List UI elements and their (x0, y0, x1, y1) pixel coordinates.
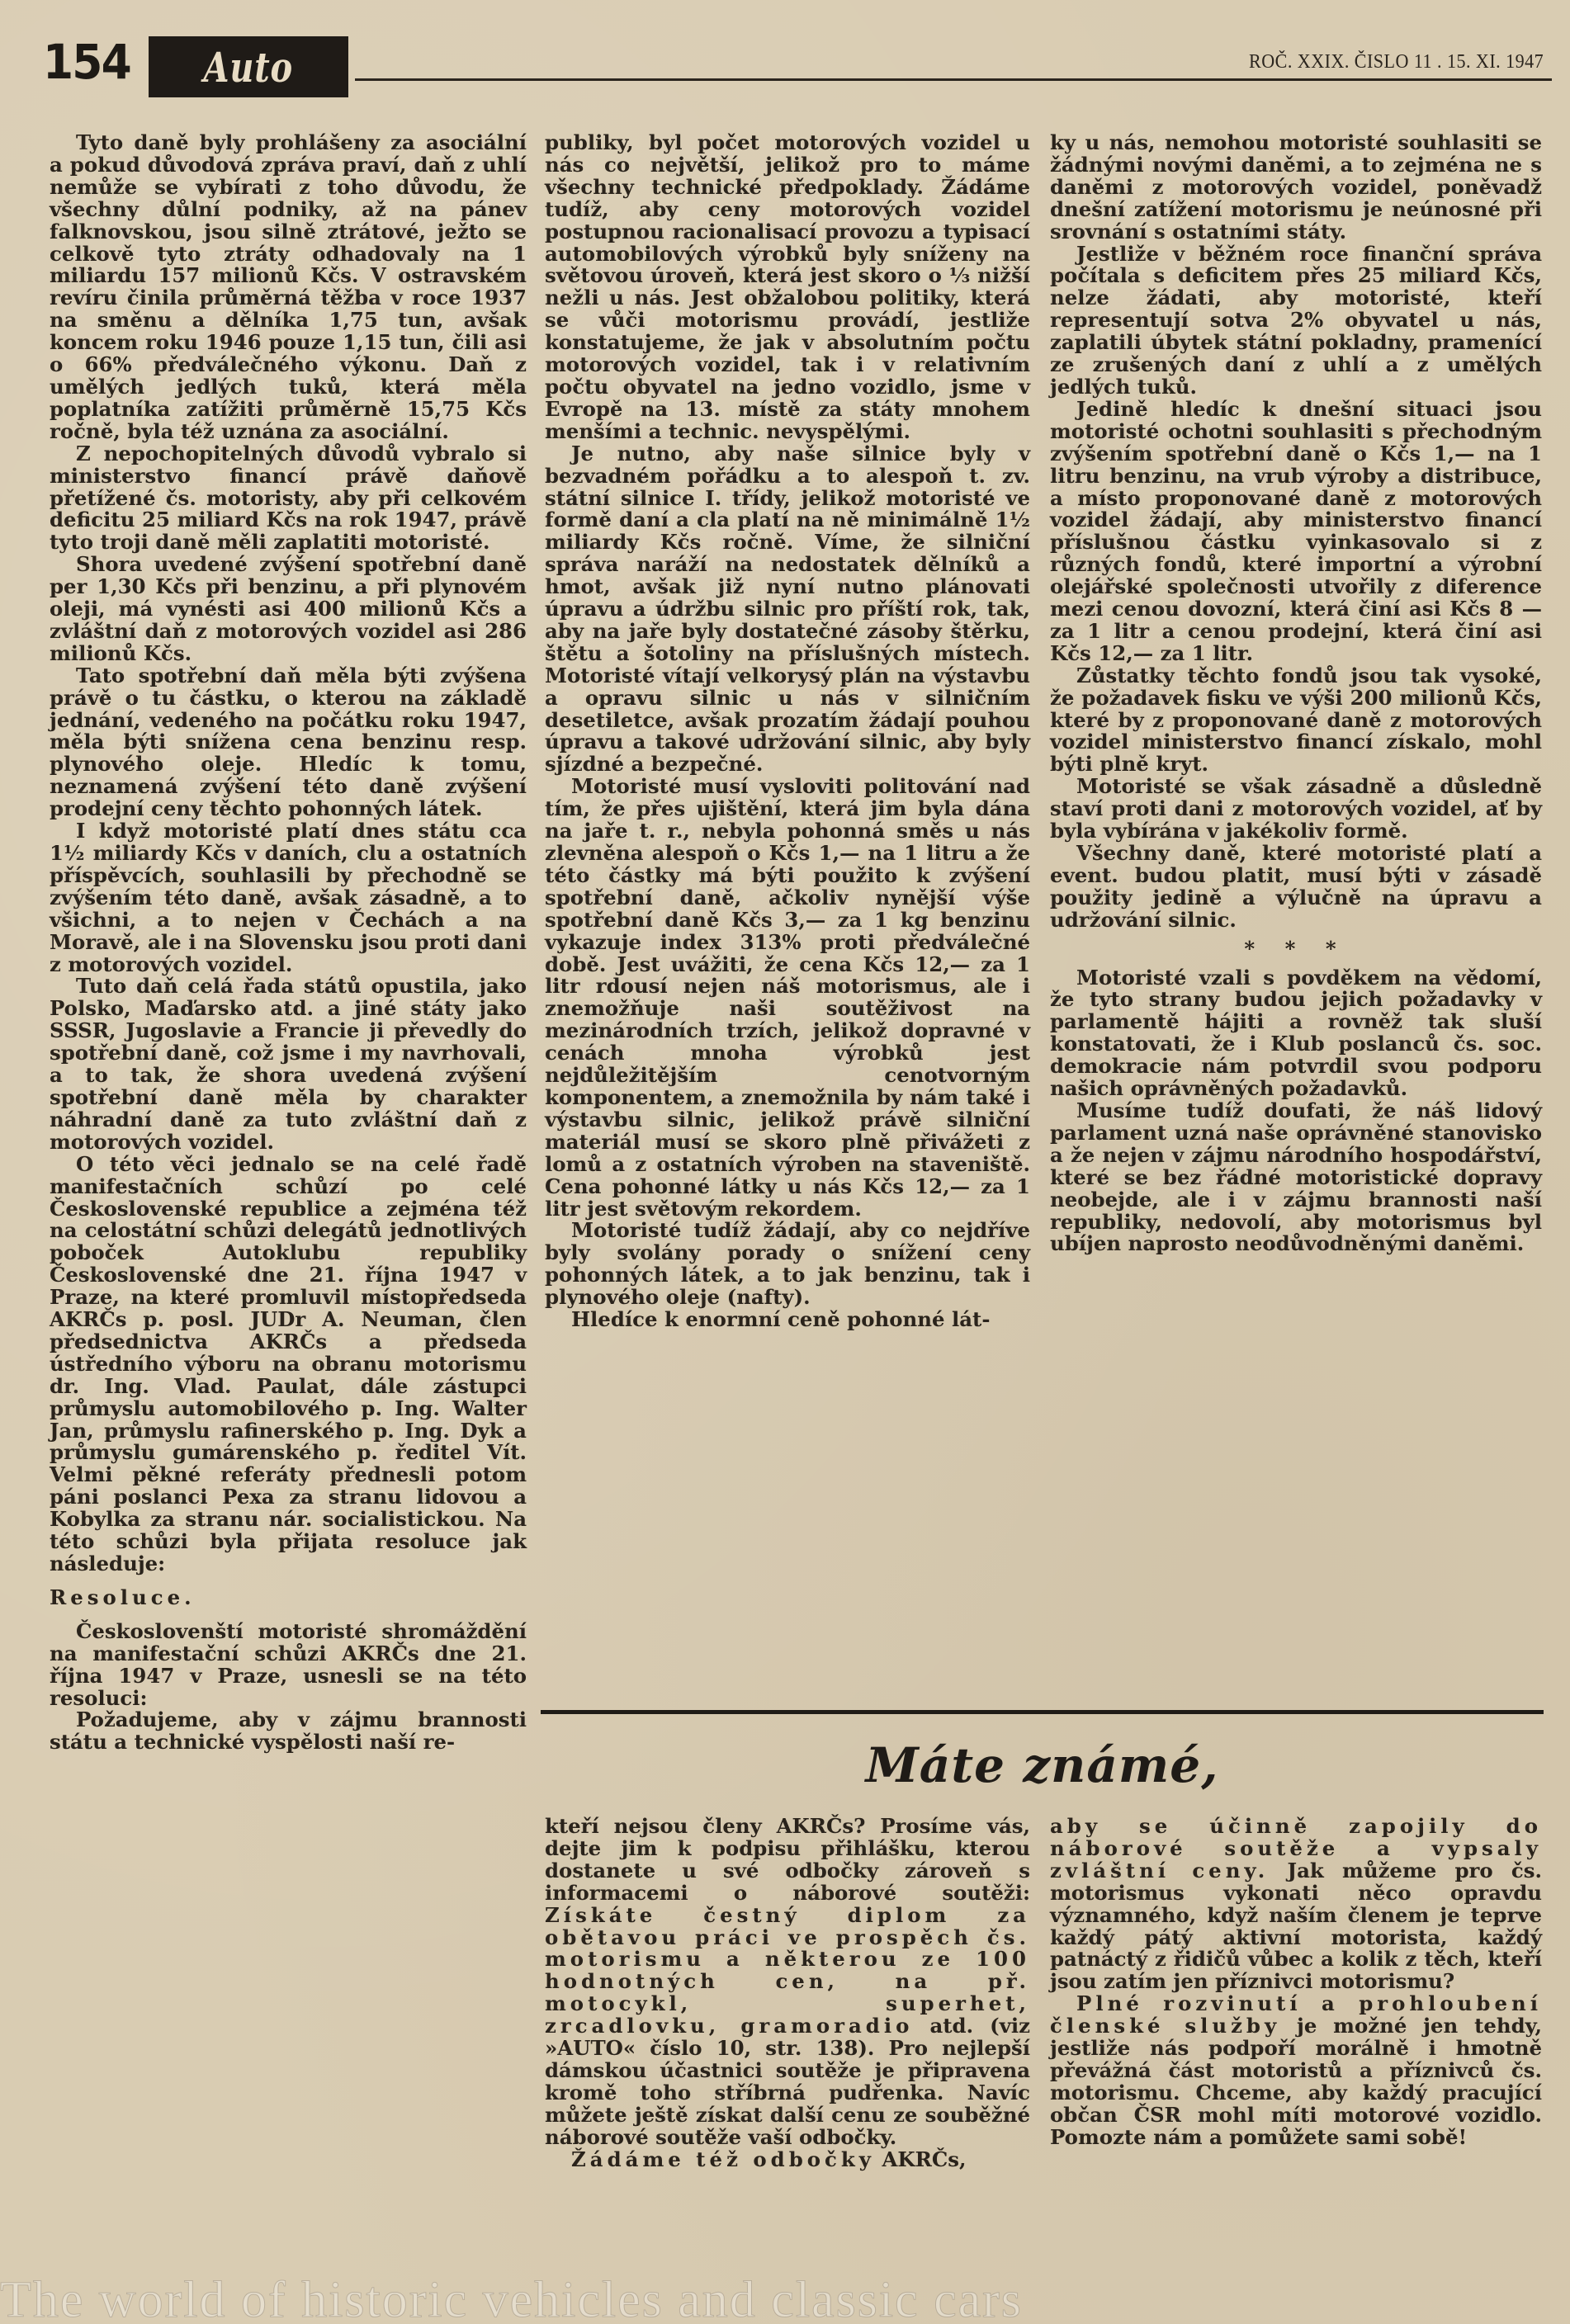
box-column-left: kteří nejsou členy AKRČs? Prosíme vás, d… (545, 1816, 1030, 2171)
resolution-title: Resoluce. (50, 1587, 527, 1609)
paragraph: O této věci jednalo se na celé řadě mani… (50, 1154, 527, 1575)
paragraph: aby se účinně zapojily do náborové soutě… (1050, 1816, 1542, 1993)
text-run: AKRČs, (882, 2147, 966, 2171)
paragraph: Motoristé tudíž žádají, aby co nejdříve … (545, 1220, 1030, 1309)
spaced-text-run: Žádáme též odbočky (571, 2147, 875, 2171)
section-separator: * * * (1050, 938, 1542, 961)
paragraph: Všechny daně, které motoristé platí a ev… (1050, 843, 1542, 932)
column-2: publiky, byl počet motorových vozidel u … (545, 132, 1030, 1331)
paragraph: Tyto daně byly prohlášeny za asociální a… (50, 132, 527, 443)
magazine-logo: Auto (149, 36, 348, 97)
watermark: The world of historic vehicles and class… (0, 2271, 1570, 2324)
paragraph: Tuto daň celá řada států opustila, jako … (50, 975, 527, 1153)
paragraph: Musíme tudíž doufati, že náš lidový parl… (1050, 1100, 1542, 1255)
logo-text: Auto (204, 43, 293, 92)
paragraph: Motoristé vzali s povděkem na vědomí, že… (1050, 967, 1542, 1100)
section-divider (541, 1710, 1544, 1714)
page-number: 154 (43, 38, 130, 86)
paragraph: Hledíce k enormní ceně pohonné lát- (545, 1309, 1030, 1331)
paragraph: I když motoristé platí dnes státu cca 1½… (50, 820, 527, 975)
paragraph: Českoslovenští motoristé shromáždění na … (50, 1621, 527, 1710)
paragraph: Tato spotřební daň měla býti zvýšena prá… (50, 665, 527, 820)
paragraph: Je nutno, aby naše silnice byly v bezvad… (545, 443, 1030, 777)
paragraph: Požadujeme, aby v zájmu brannosti státu … (50, 1709, 527, 1754)
paragraph: ky u nás, nemohou motoristé souhlasiti s… (1050, 132, 1542, 243)
paragraph: Žádáme též odbočky AKRČs, (545, 2149, 1030, 2171)
paragraph: Jedině hledíc k dnešní situaci jsou moto… (1050, 399, 1542, 665)
column-1: Tyto daně byly prohlášeny za asociální a… (50, 132, 527, 1754)
paragraph: publiky, byl počet motorových vozidel u … (545, 132, 1030, 443)
paragraph: Z nepochopitelných důvodů vybralo si min… (50, 443, 527, 555)
text-run: kteří nejsou členy AKRČs? Prosíme vás, d… (545, 1814, 1030, 1905)
paragraph: Plné rozvinutí a prohloubení členské slu… (1050, 1993, 1542, 2148)
box-column-right: aby se účinně zapojily do náborové soutě… (1050, 1816, 1542, 2149)
issue-info: ROČ. XXIX. ČISLO 11 . 15. XI. 1947 (1249, 51, 1544, 73)
paragraph: Motoristé se však zásadně a důsledně sta… (1050, 776, 1542, 843)
paragraph: Motoristé musí vysloviti politování nad … (545, 776, 1030, 1220)
paragraph: kteří nejsou členy AKRČs? Prosíme vás, d… (545, 1816, 1030, 2149)
column-3: ky u nás, nemohou motoristé souhlasiti s… (1050, 132, 1542, 1255)
box-headline: Máte známé, (541, 1737, 1544, 1793)
paragraph: Jestliže v běžném roce finanční správa p… (1050, 243, 1542, 399)
paragraph: Shora uvedené zvýšení spotřební daně per… (50, 554, 527, 665)
paragraph: Zůstatky těchto fondů jsou tak vysoké, ž… (1050, 665, 1542, 777)
header-rule (355, 78, 1552, 81)
